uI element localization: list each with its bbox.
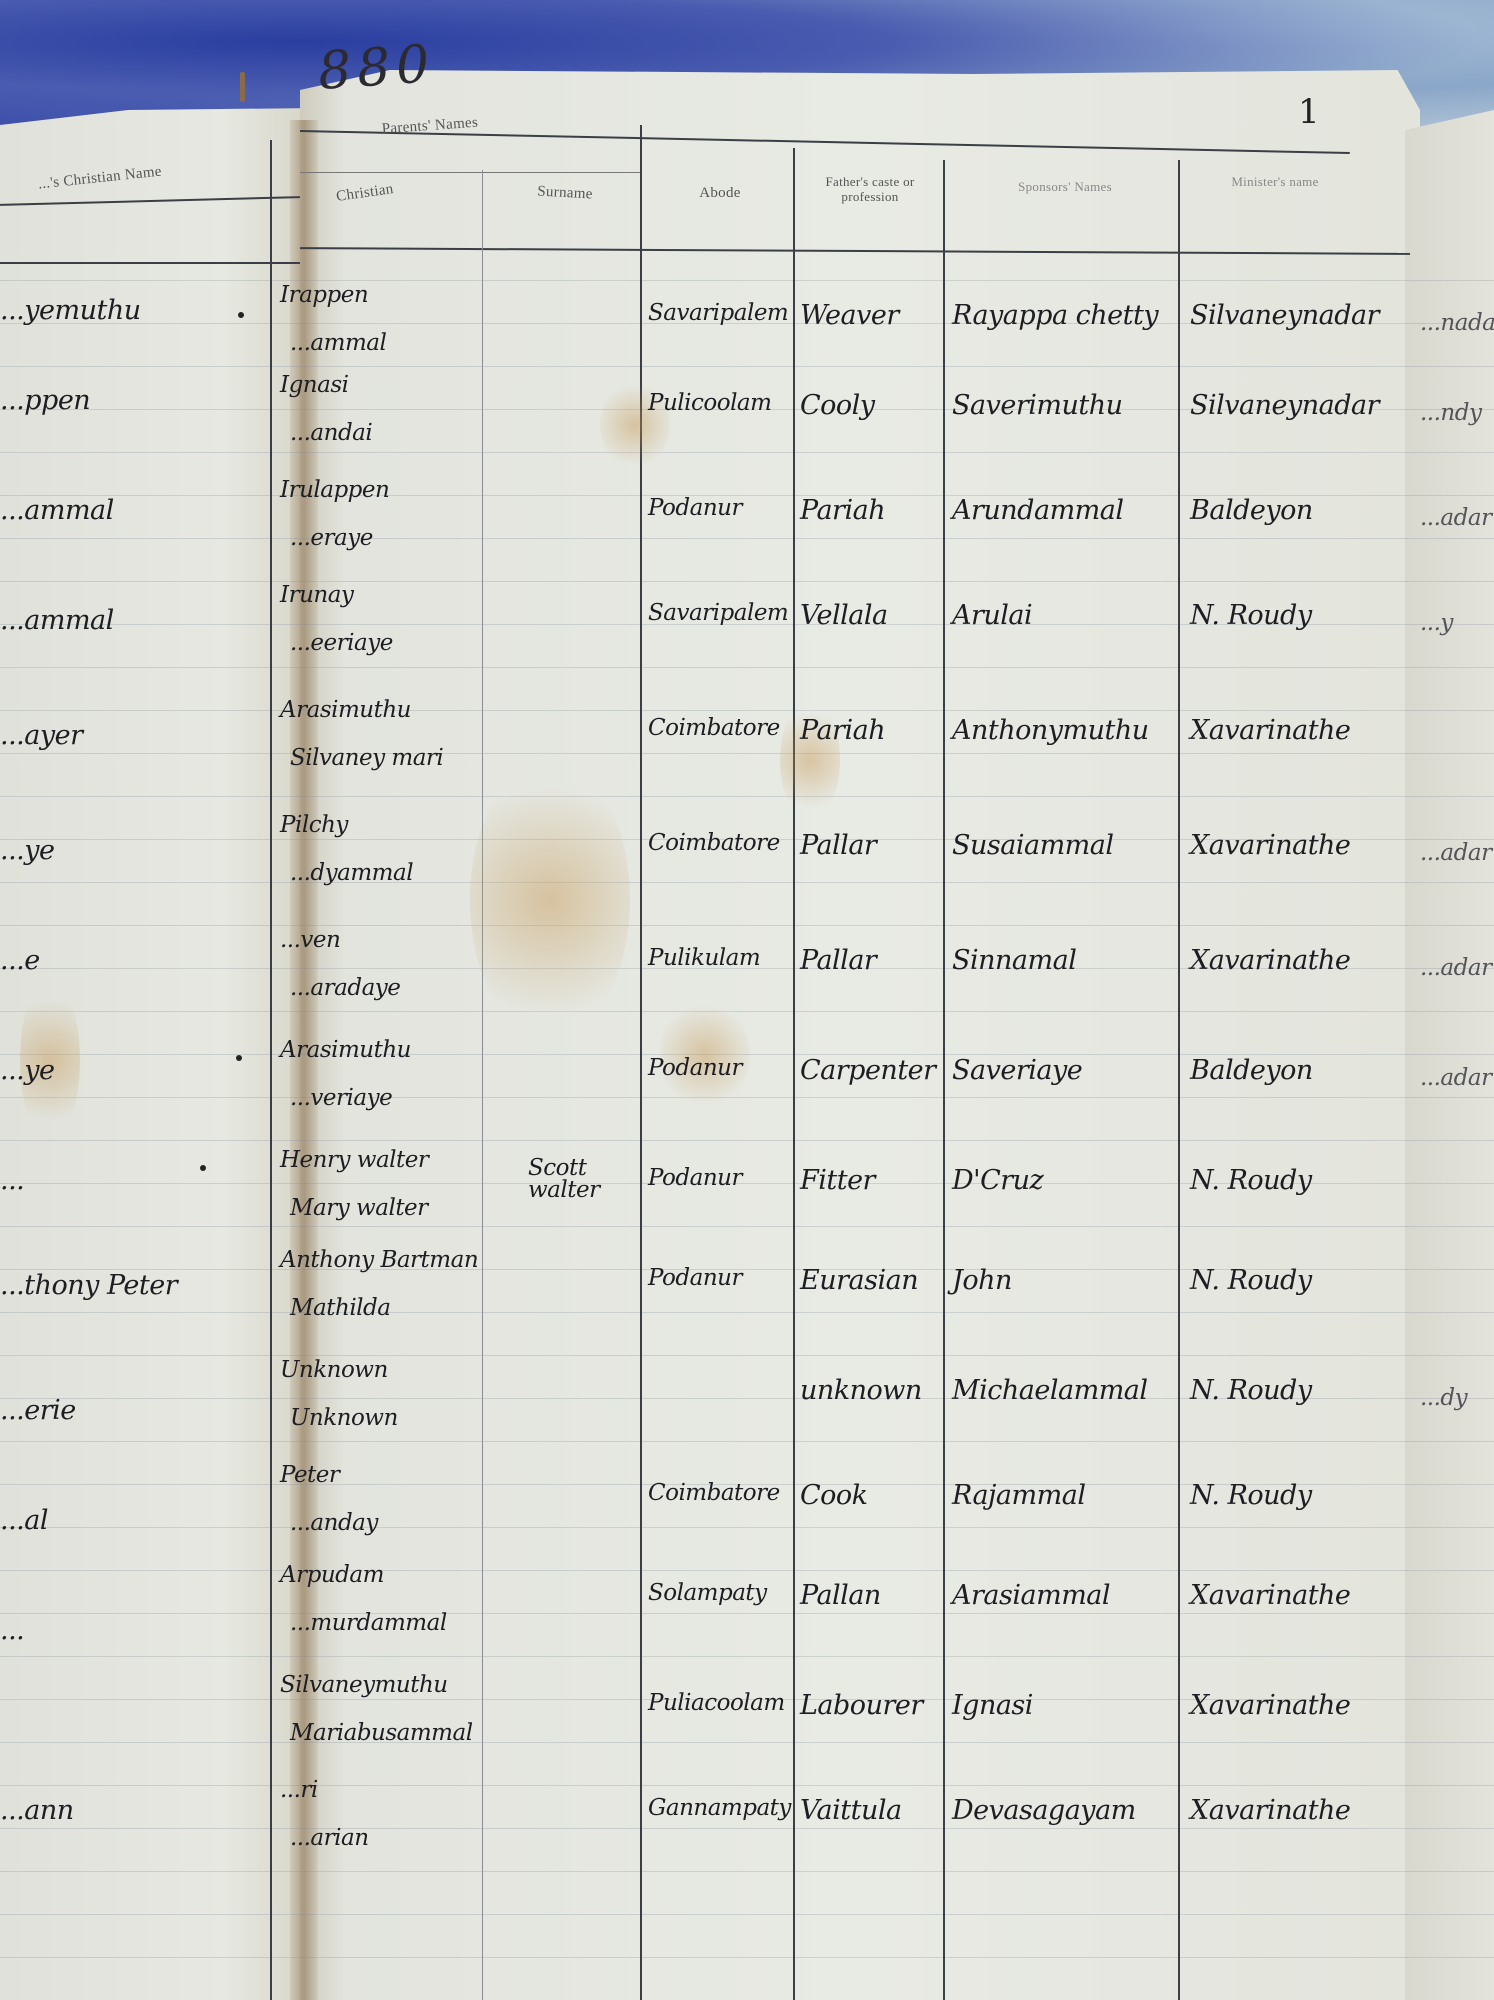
sponsor-name: Ignasi — [952, 1690, 1033, 1721]
minister-name: Xavarinathe — [1190, 1580, 1350, 1611]
header-abode: Abode — [650, 185, 790, 202]
abode: Pulicoolam — [648, 390, 771, 416]
minister-name: Baldeyon — [1190, 495, 1313, 526]
mother-christian-name: ...dyammal — [290, 860, 413, 886]
sponsor-name: Arulai — [952, 600, 1032, 631]
child-christian-name: ...ppen — [0, 385, 90, 416]
sponsor-name: D'Cruz — [952, 1165, 1043, 1196]
minister-name: N. Roudy — [1190, 1265, 1312, 1296]
minister-name: Silvaneynadar — [1190, 300, 1379, 331]
child-christian-name: ...ammal — [0, 495, 114, 526]
mother-christian-name: Mariabusammal — [290, 1720, 473, 1746]
column-divider-abode — [793, 148, 795, 2000]
child-christian-name: ...yemuthu — [0, 295, 141, 326]
ink-dot-mark — [238, 312, 244, 318]
child-christian-name: ...ammal — [0, 605, 114, 636]
father-christian-name: Irappen — [280, 282, 368, 308]
ruled-line — [0, 882, 1494, 883]
minister-name: Xavarinathe — [1190, 715, 1350, 746]
register-year: 880 — [316, 34, 437, 102]
mother-christian-name: Mary walter — [290, 1195, 428, 1221]
ruled-line — [0, 710, 1494, 711]
ruled-line — [0, 581, 1494, 582]
father-christian-name: ...ri — [280, 1777, 318, 1803]
sponsor-name: Saverimuthu — [952, 390, 1123, 421]
column-divider-sponsors — [1178, 160, 1180, 2000]
child-christian-name: ...ye — [0, 1055, 54, 1086]
father-profession: Vaittula — [800, 1795, 902, 1826]
minister-name: Silvaneynadar — [1190, 390, 1379, 421]
sponsor-name: Susaiammal — [952, 830, 1114, 861]
ruled-line — [0, 1441, 1494, 1442]
abode: Coimbatore — [648, 830, 780, 856]
father-profession: Pallar — [800, 830, 876, 861]
ruled-line — [0, 753, 1494, 754]
father-christian-name: Ignasi — [280, 372, 349, 398]
father-profession: Cooly — [800, 390, 875, 421]
ruled-line — [0, 1570, 1494, 1571]
parents-names-subrule — [300, 172, 640, 173]
father-christian-name: Silvaneymuthu — [280, 1672, 448, 1698]
father-christian-name: Arasimuthu — [280, 697, 411, 723]
abode: Savaripalem — [648, 600, 788, 626]
water-stain — [470, 760, 630, 1040]
ink-dot-mark — [200, 1165, 206, 1171]
ink-dot-mark — [236, 1055, 242, 1061]
child-christian-name: ... — [0, 1165, 24, 1196]
ruled-line — [0, 452, 1494, 453]
ruled-line — [0, 925, 1494, 926]
father-christian-name: Irulappen — [280, 477, 389, 503]
child-christian-name: ...al — [0, 1505, 48, 1536]
abode: Gannampaty — [648, 1795, 791, 1821]
abode: Puliacoolam — [648, 1690, 785, 1716]
father-christian-name: Unknown — [280, 1357, 388, 1383]
year-prefix-mark — [240, 72, 245, 102]
header-bottom-rule-left — [0, 262, 300, 264]
minister-name: Xavarinathe — [1190, 1690, 1350, 1721]
ruled-line — [0, 1226, 1494, 1227]
minister-name: N. Roudy — [1190, 600, 1312, 631]
ruled-line — [0, 1828, 1494, 1829]
child-christian-name: ...ayer — [0, 720, 82, 751]
minister-name: Xavarinathe — [1190, 1795, 1350, 1826]
father-christian-name: Pilchy — [280, 812, 348, 838]
ruled-line — [0, 1355, 1494, 1356]
mother-christian-name: ...arian — [290, 1825, 369, 1851]
mother-christian-name: ...eraye — [290, 525, 373, 551]
father-christian-name: Peter — [280, 1462, 339, 1488]
mother-christian-name: ...veriaye — [290, 1085, 392, 1111]
father-profession: Weaver — [800, 300, 899, 331]
ruled-line — [0, 1097, 1494, 1098]
mother-christian-name: ...murdammal — [290, 1610, 447, 1636]
father-christian-name: ...ven — [280, 927, 340, 953]
sponsor-name: Arasiammal — [952, 1580, 1110, 1611]
child-christian-name: ...ye — [0, 835, 54, 866]
father-profession: Cook — [800, 1480, 868, 1511]
father-profession: Eurasian — [800, 1265, 918, 1296]
father-profession: unknown — [800, 1375, 922, 1406]
sponsor-name: Arundammal — [952, 495, 1124, 526]
father-profession: Vellala — [800, 600, 888, 631]
mother-christian-name: ...eeriaye — [290, 630, 393, 656]
abode: Pulikulam — [648, 945, 760, 971]
child-christian-name: ...thony Peter — [0, 1270, 177, 1301]
father-christian-name: Henry walter — [280, 1147, 428, 1173]
abode: Solampaty — [648, 1580, 767, 1606]
surname: Scott walter — [528, 1157, 638, 1201]
ruled-line — [0, 1742, 1494, 1743]
abode: Podanur — [648, 1055, 742, 1081]
next-page-fragment: ...ndy — [1420, 400, 1481, 426]
sponsor-name: Rajammal — [952, 1480, 1085, 1511]
abode: Podanur — [648, 495, 742, 521]
abode: Coimbatore — [648, 715, 780, 741]
ruled-line — [0, 1914, 1494, 1915]
next-page-fragment: ...adar — [1420, 1065, 1492, 1091]
sponsor-name: Sinnamal — [952, 945, 1076, 976]
mother-christian-name: ...ammal — [290, 330, 386, 356]
sponsor-name: John — [952, 1265, 1012, 1296]
child-christian-name: ... — [0, 1615, 24, 1646]
abode: Podanur — [648, 1265, 742, 1291]
mother-christian-name: ...anday — [290, 1510, 378, 1536]
sponsor-name: Devasagayam — [952, 1795, 1136, 1826]
column-divider-christian — [482, 170, 483, 2000]
father-profession: Fitter — [800, 1165, 875, 1196]
next-page-fragment: ...adar — [1420, 840, 1492, 866]
mother-christian-name: Mathilda — [290, 1295, 390, 1321]
next-page-fragment: ...nadar — [1420, 310, 1494, 336]
ruled-line — [0, 1527, 1494, 1528]
ruled-line — [0, 280, 1494, 281]
column-divider-child — [270, 140, 272, 2000]
next-page-fragment: ...dy — [1420, 1385, 1467, 1411]
ruled-line — [0, 1140, 1494, 1141]
minister-name: N. Roudy — [1190, 1165, 1312, 1196]
father-profession: Pariah — [800, 715, 885, 746]
ruled-line — [0, 796, 1494, 797]
father-profession: Pallar — [800, 945, 876, 976]
father-profession: Pariah — [800, 495, 885, 526]
mother-christian-name: ...andai — [290, 420, 372, 446]
father-christian-name: Irunay — [280, 582, 353, 608]
ruled-line — [0, 1312, 1494, 1313]
mother-christian-name: ...aradaye — [290, 975, 400, 1001]
ruled-line — [0, 1656, 1494, 1657]
father-profession: Labourer — [800, 1690, 923, 1721]
header-minister: Minister's name — [1190, 175, 1360, 190]
ruled-line — [0, 667, 1494, 668]
ruled-line — [0, 1785, 1494, 1786]
next-page-fragment: ...adar — [1420, 505, 1492, 531]
minister-name: Xavarinathe — [1190, 830, 1350, 861]
sponsor-name: Rayappa chetty — [952, 300, 1158, 331]
minister-name: Xavarinathe — [1190, 945, 1350, 976]
minister-name: Baldeyon — [1190, 1055, 1313, 1086]
ruled-line — [0, 538, 1494, 539]
mother-christian-name: Silvaney mari — [290, 745, 443, 771]
minister-name: N. Roudy — [1190, 1480, 1312, 1511]
minister-name: N. Roudy — [1190, 1375, 1312, 1406]
sponsor-name: Saveriaye — [952, 1055, 1082, 1086]
ruled-line — [0, 366, 1494, 367]
ruled-line — [0, 1871, 1494, 1872]
father-christian-name: Anthony Bartman — [280, 1247, 478, 1273]
next-page-edge — [1405, 70, 1494, 2000]
abode: Savaripalem — [648, 300, 788, 326]
page-number: 1 — [1298, 92, 1320, 132]
next-page-fragment: ...y — [1420, 610, 1453, 636]
father-christian-name: Arpudam — [280, 1562, 384, 1588]
sponsor-name: Michaelammal — [952, 1375, 1148, 1406]
ruled-line — [0, 1011, 1494, 1012]
abode: Podanur — [648, 1165, 742, 1191]
abode: Coimbatore — [648, 1480, 780, 1506]
father-christian-name: Arasimuthu — [280, 1037, 411, 1063]
child-christian-name: ...erie — [0, 1395, 76, 1426]
next-page-fragment: ...adar — [1420, 955, 1492, 981]
header-father-profession: Father's caste or profession — [800, 175, 940, 205]
ruled-line — [0, 1613, 1494, 1614]
father-profession: Pallan — [800, 1580, 881, 1611]
mother-christian-name: Unknown — [290, 1405, 398, 1431]
father-profession: Carpenter — [800, 1055, 936, 1086]
header-sponsors: Sponsors' Names — [955, 180, 1175, 195]
column-divider-profession — [943, 160, 945, 2000]
child-christian-name: ...ann — [0, 1795, 74, 1826]
child-christian-name: ...e — [0, 945, 40, 976]
sponsor-name: Anthonymuthu — [952, 715, 1149, 746]
ruled-line — [0, 1957, 1494, 1958]
